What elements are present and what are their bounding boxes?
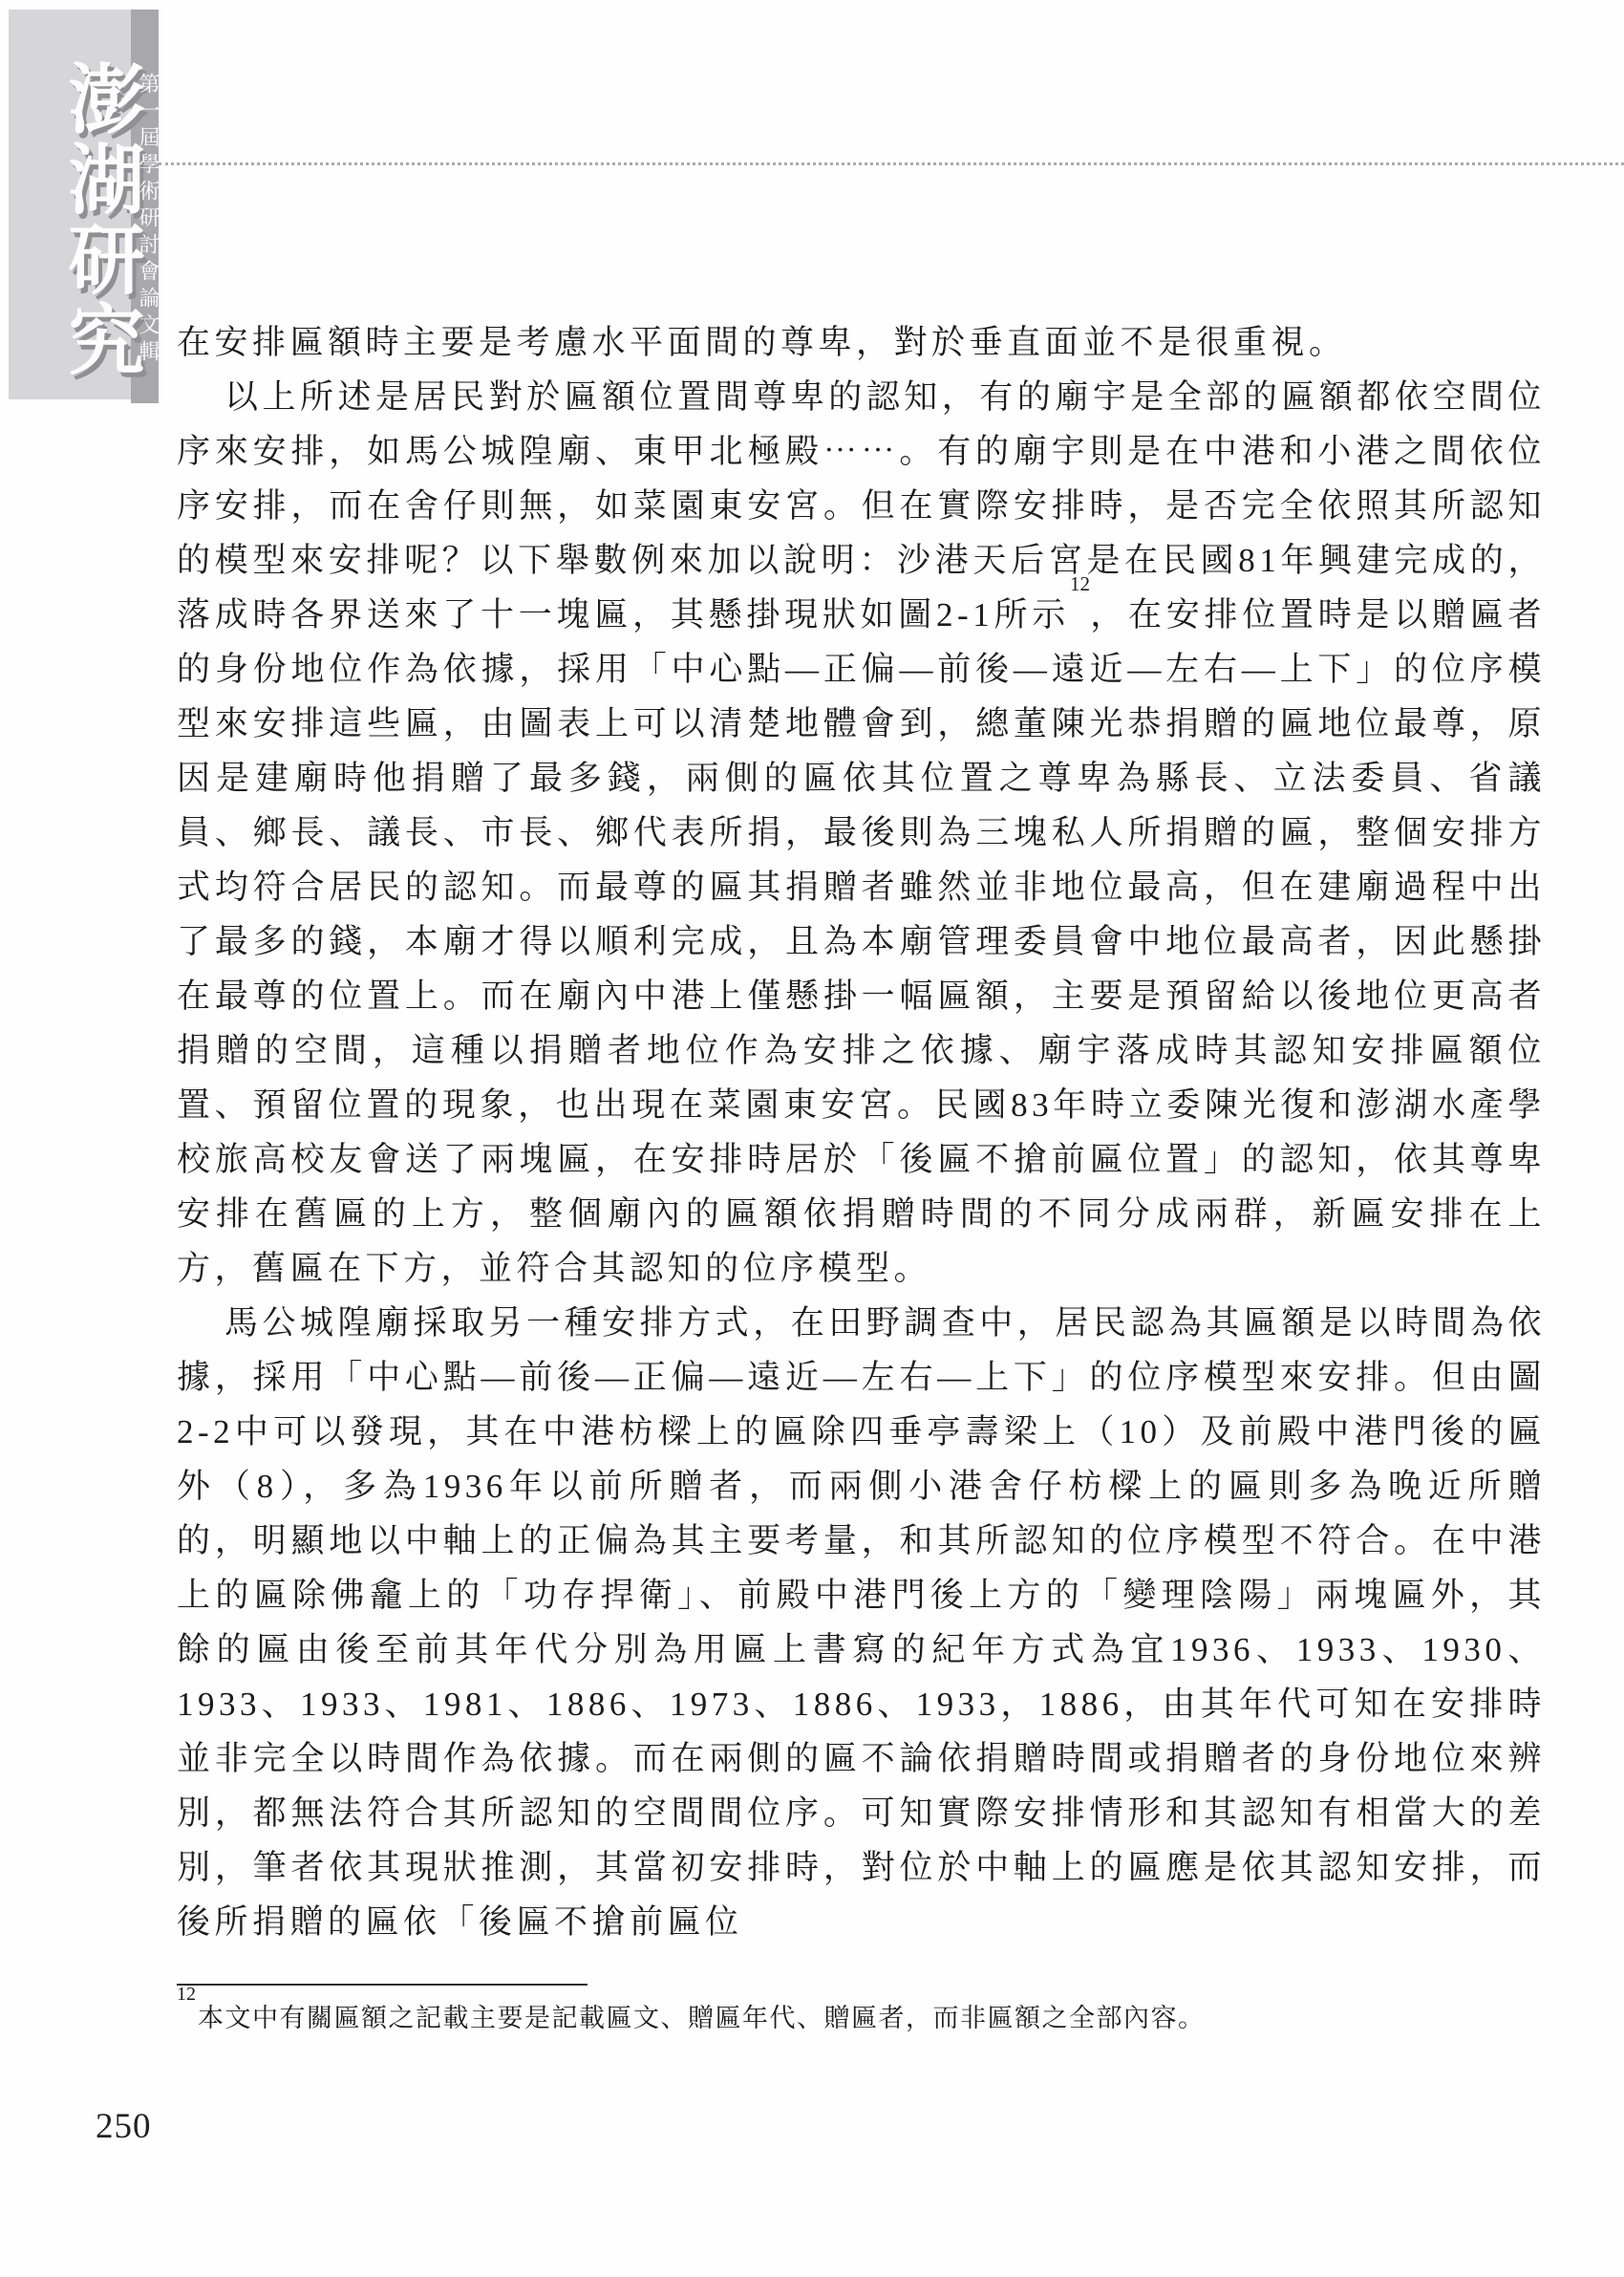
footnote-text: 本文中有關匾額之記載主要是記載匾文、贈匾年代、贈匾者，而非匾額之全部內容。 xyxy=(198,2004,1206,2032)
paragraph-1: 在安排匾額時主要是考慮水平面間的尊卑，對於垂直面並不是很重視。 xyxy=(177,315,1546,370)
footnote: 12本文中有關匾額之記載主要是記載匾文、贈匾年代、贈匾者，而非匾額之全部內容。 xyxy=(177,2001,1476,2035)
footnote-separator-rule xyxy=(177,1984,588,1986)
scanned-document-page: 澎湖研究 第一屆學術研討會論文輯 在安排匾額時主要是考慮水平面間的尊卑，對於垂直… xyxy=(0,0,1624,2277)
footnote-reference-12: 12 xyxy=(1070,572,1090,595)
dotted-divider xyxy=(159,162,1624,165)
series-subtitle-vertical: 第一屆學術研討會論文輯 xyxy=(134,73,163,388)
paragraph-2: 以上所述是居民對於匾額位置間尊卑的認知，有的廟宇是全部的匾額都依空間位序來安排，… xyxy=(177,370,1546,1296)
body-text-column: 在安排匾額時主要是考慮水平面間的尊卑，對於垂直面並不是很重視。 以上所述是居民對… xyxy=(177,315,1546,1949)
paragraph-2-text-before-note: 以上所述是居民對於匾額位置間尊卑的認知，有的廟宇是全部的匾額都依空間位序來安排，… xyxy=(177,378,1546,634)
footnote-marker: 12 xyxy=(177,1984,196,2005)
page-number: 250 xyxy=(96,2106,152,2147)
paragraph-2-text-after-note: ，在安排位置時是以贈匾者的身份地位作為依據，採用「中心點—正偏—前後—遠近—左右… xyxy=(177,596,1546,1287)
paragraph-3: 馬公城隍廟採取另一種安排方式，在田野調查中，居民認為其匾額是以時間為依據，採用「… xyxy=(177,1296,1546,1949)
